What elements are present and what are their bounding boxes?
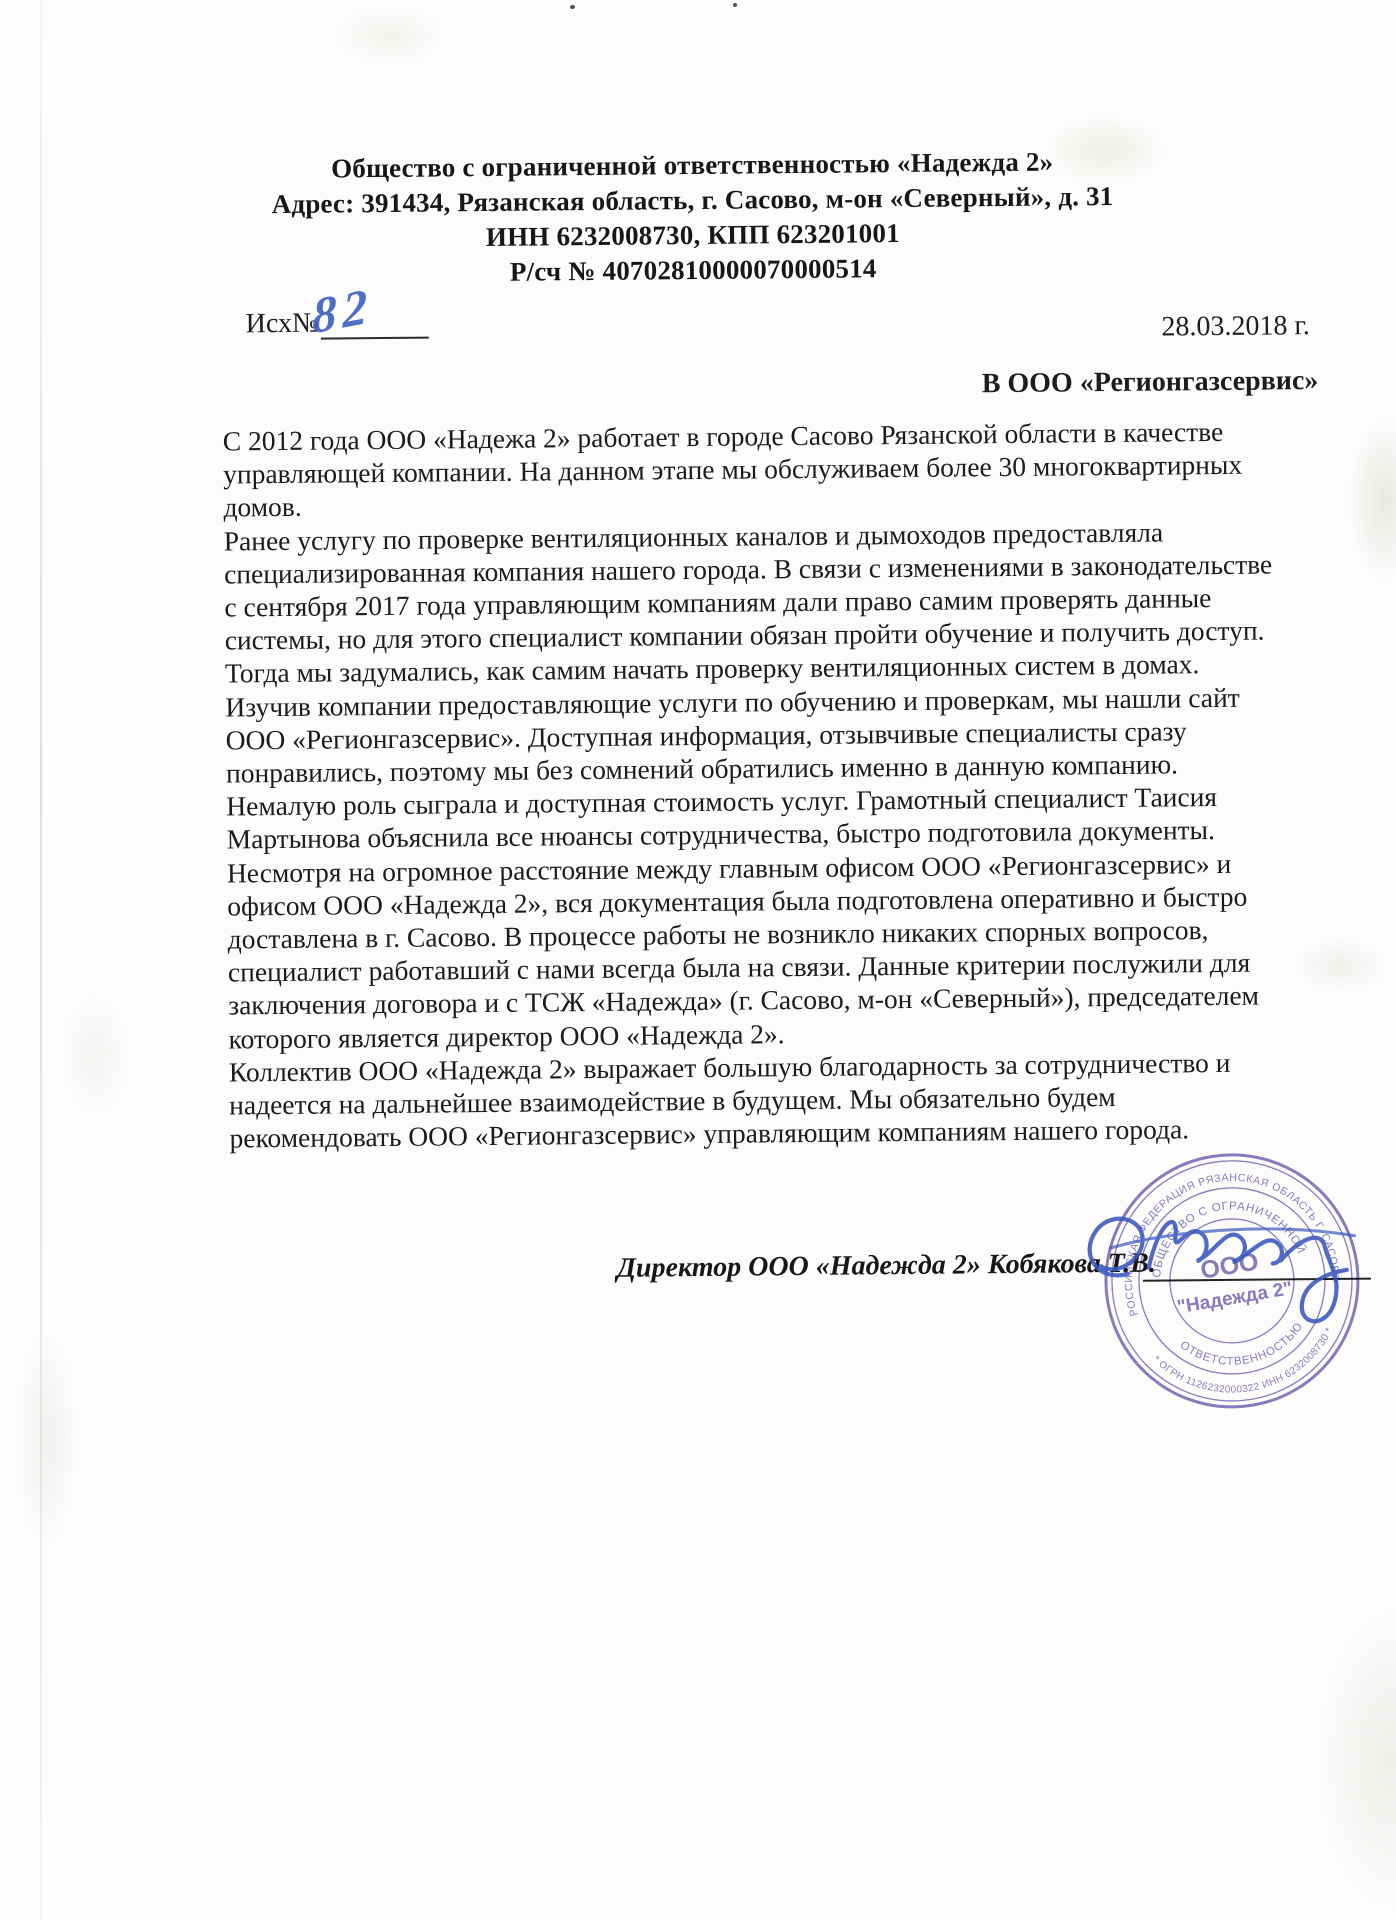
scanned-letter-page: Общество с ограниченной ответственностью… — [0, 0, 1396, 1920]
addressee: В ООО «Регионгазсервис» — [982, 365, 1319, 400]
outgoing-number-row: Исх№ 82 — [246, 303, 429, 341]
letterhead: Общество с ограниченной ответственностью… — [0, 141, 1391, 294]
letter-body: С 2012 года ООО «Надежа 2» работает в го… — [223, 414, 1330, 1155]
outgoing-label: Исх№ — [246, 308, 319, 340]
letter-date: 28.03.2018 г. — [1161, 310, 1310, 343]
signature-stroke — [1281, 1237, 1348, 1321]
outgoing-number-handwritten: 82 — [312, 275, 374, 345]
letter-content: Общество с ограниченной ответственностью… — [0, 0, 1396, 1920]
handwritten-signature — [1052, 1175, 1384, 1368]
